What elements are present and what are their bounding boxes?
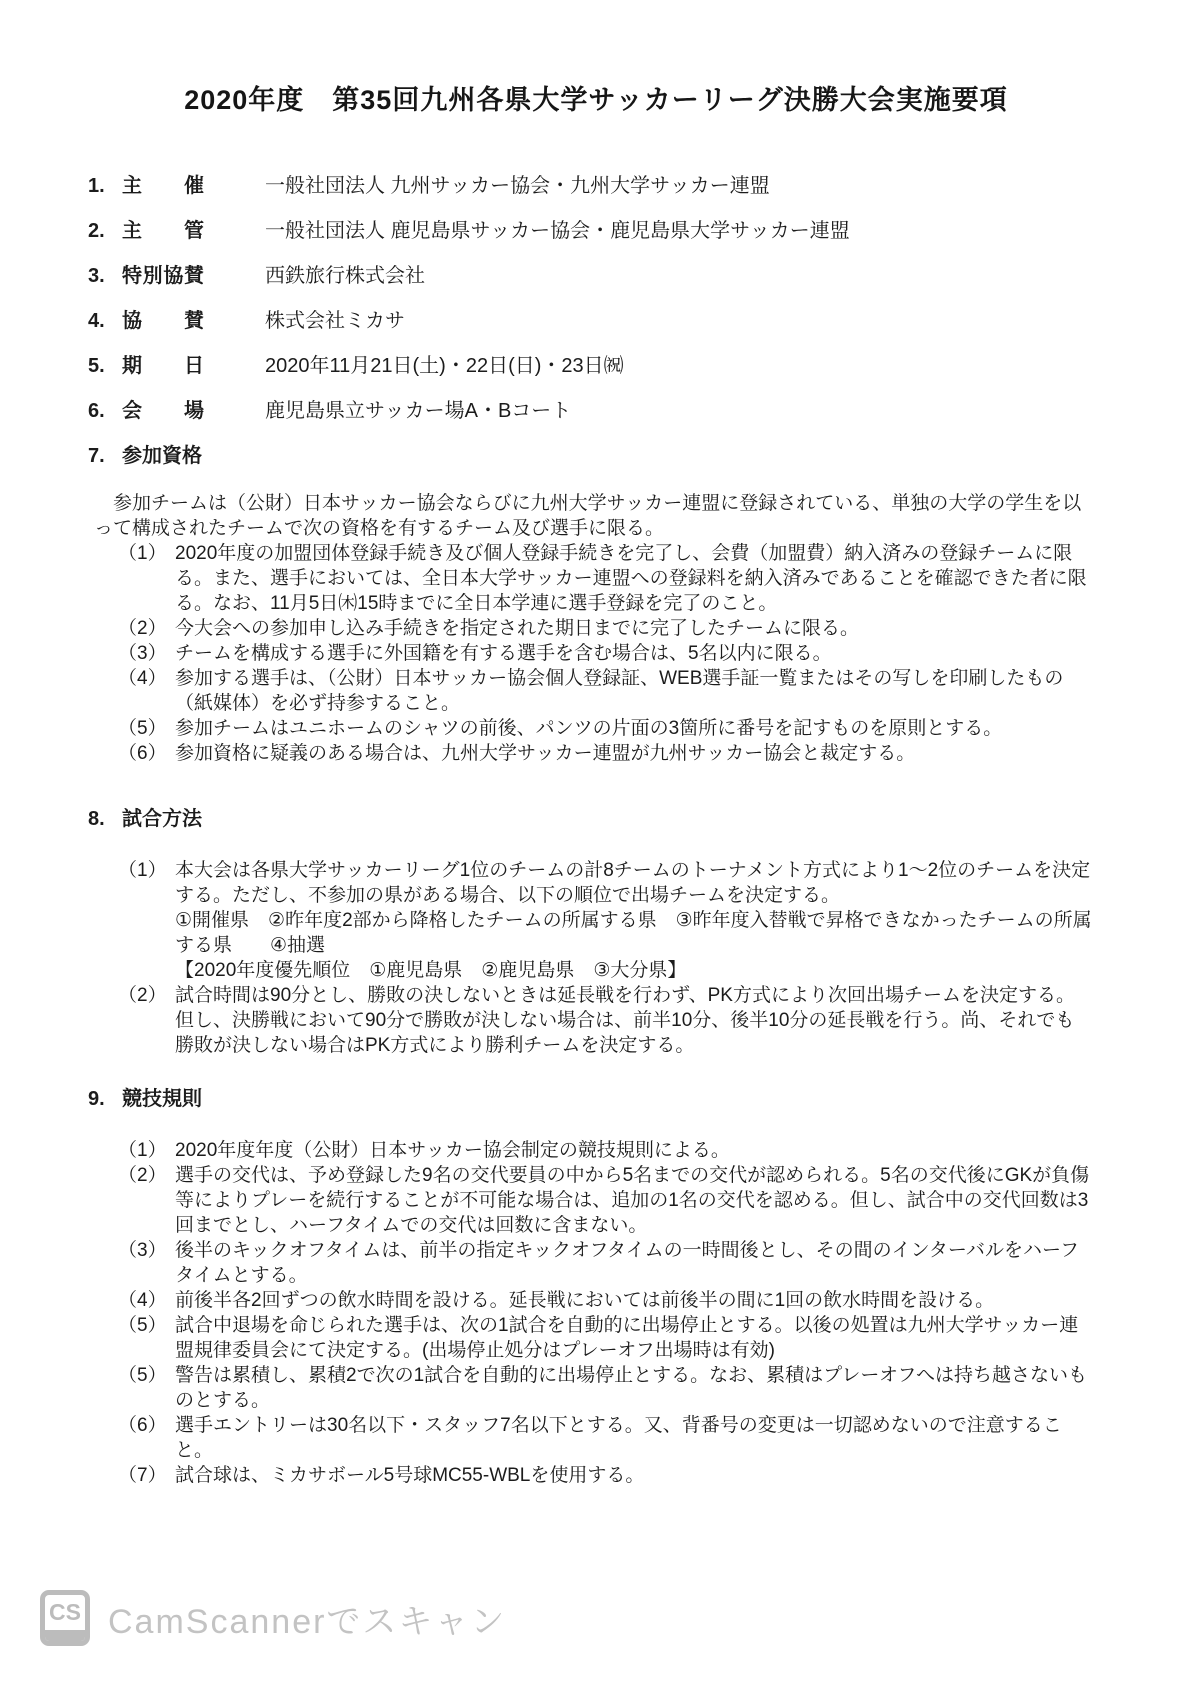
eligibility-items: （1） 2020年度の加盟団体登録手続き及び個人登録手続きを完了し、会費（加盟費…: [118, 541, 1132, 766]
list-item: （7） 試合球は、ミカサボール5号球MC55-WBLを使用する。: [118, 1463, 1132, 1488]
page-title: 2020年度 第35回九州各県大学サッカーリーグ決勝大会実施要項: [0, 0, 1192, 117]
section-eligibility: 7. 参加資格 参加チームは（公財）日本サッカー協会ならびに九州大学サッカー連盟…: [88, 443, 1132, 766]
item-number: 6.: [88, 398, 122, 424]
item-marker: （3）: [118, 641, 175, 666]
camscanner-icon-bar: [45, 1630, 85, 1641]
camscanner-icon: CS: [40, 1590, 90, 1646]
list-item: （3） チームを構成する選手に外国籍を有する選手を含む場合は、5名以内に限る。: [118, 641, 1132, 666]
item-text: 後半のキックオフタイムは、前半の指定キックオフタイムの一時間後とし、その間のイン…: [175, 1238, 1093, 1288]
item-value: 一般社団法人 九州サッカー協会・九州大学サッカー連盟: [265, 173, 1192, 199]
match-format-items: （1） 本大会は各県大学サッカーリーグ1位のチームの計8チームのトーナメント方式…: [118, 858, 1132, 1058]
item-text: 警告は累積し、累積2で次の1試合を自動的に出場停止とする。なお、累積はプレーオフ…: [175, 1363, 1093, 1413]
item-text: 参加チームはユニホームのシャツの前後、パンツの片面の3箇所に番号を記すものを原則…: [175, 716, 1093, 741]
info-row-administrator: 2. 主管 一般社団法人 鹿児島県サッカー協会・鹿児島県大学サッカー連盟: [88, 218, 1192, 244]
item-marker: （6）: [118, 1413, 175, 1463]
list-item: （1） 2020年度の加盟団体登録手続き及び個人登録手続きを完了し、会費（加盟費…: [118, 541, 1132, 616]
list-item: （6） 選手エントリーは30名以下・スタッフ7名以下とする。又、背番号の変更は一…: [118, 1413, 1132, 1463]
item-value: 2020年11月21日(土)・22日(日)・23日㈷: [265, 353, 1192, 379]
item-marker: （7）: [118, 1463, 175, 1488]
info-row-special-sponsor: 3. 特別協賛 西鉄旅行株式会社: [88, 263, 1192, 289]
info-row-venue: 6. 会場 鹿児島県立サッカー場A・Bコート: [88, 398, 1192, 424]
item-label: 協賛: [122, 308, 204, 334]
item-marker: （2）: [118, 983, 175, 1058]
section-heading: 7. 参加資格: [88, 443, 1132, 469]
item-text: 2020年度の加盟団体登録手続き及び個人登録手続きを完了し、会費（加盟費）納入済…: [175, 541, 1093, 616]
item-label: 主管: [122, 218, 204, 244]
list-item: （2） 今大会への参加申し込み手続きを指定された期日までに完了したチームに限る。: [118, 616, 1132, 641]
info-row-dates: 5. 期日 2020年11月21日(土)・22日(日)・23日㈷: [88, 353, 1192, 379]
item-marker: （4）: [118, 666, 175, 716]
item-marker: （1）: [118, 858, 175, 983]
list-item: （6） 参加資格に疑義のある場合は、九州大学サッカー連盟が九州サッカー協会と裁定…: [118, 741, 1132, 766]
item-text: 2020年度年度（公財）日本サッカー協会制定の競技規則による。: [175, 1138, 1093, 1163]
item-marker: （5）: [118, 1363, 175, 1413]
item-text: 本大会は各県大学サッカーリーグ1位のチームの計8チームのトーナメント方式により1…: [175, 858, 1093, 983]
info-row-sponsor: 4. 協賛 株式会社ミカサ: [88, 308, 1192, 334]
item-text: 試合球は、ミカサボール5号球MC55-WBLを使用する。: [175, 1463, 1093, 1488]
item-marker: （1）: [118, 541, 175, 616]
item-number: 2.: [88, 218, 122, 244]
item-marker: （2）: [118, 1163, 175, 1238]
item-marker: （5）: [118, 1313, 175, 1363]
item-label: 会場: [122, 398, 204, 424]
section-number: 9.: [88, 1086, 122, 1112]
item-number: 4.: [88, 308, 122, 334]
item-text: 選手エントリーは30名以下・スタッフ7名以下とする。又、背番号の変更は一切認めな…: [175, 1413, 1093, 1463]
camscanner-watermark: CS CamScannerでスキャン: [40, 1590, 506, 1646]
section-number: 8.: [88, 806, 122, 832]
info-list: 1. 主催 一般社団法人 九州サッカー協会・九州大学サッカー連盟 2. 主管 一…: [88, 173, 1192, 424]
list-item: （4） 参加する選手は、（公財）日本サッカー協会個人登録証、WEB選手証一覧また…: [118, 666, 1132, 716]
list-item: （5） 参加チームはユニホームのシャツの前後、パンツの片面の3箇所に番号を記すも…: [118, 716, 1132, 741]
section-heading: 8. 試合方法: [88, 806, 1132, 832]
section-title: 試合方法: [122, 806, 202, 832]
item-text: 前後半各2回ずつの飲水時間を設ける。延長戦においては前後半の間に1回の飲水時間を…: [175, 1288, 1093, 1313]
item-text: 試合時間は90分とし、勝敗の決しないときは延長戦を行わず、PK方式により次回出場…: [175, 983, 1093, 1058]
info-row-organizer: 1. 主催 一般社団法人 九州サッカー協会・九州大学サッカー連盟: [88, 173, 1192, 199]
item-value: 株式会社ミカサ: [265, 308, 1192, 334]
item-label: 主催: [122, 173, 204, 199]
list-item: （2） 試合時間は90分とし、勝敗の決しないときは延長戦を行わず、PK方式により…: [118, 983, 1132, 1058]
list-item: （5） 試合中退場を命じられた選手は、次の1試合を自動的に出場停止とする。以後の…: [118, 1313, 1132, 1363]
item-label: 期日: [122, 353, 204, 379]
camscanner-text: CamScannerでスキャン: [108, 1594, 506, 1643]
item-number: 1.: [88, 173, 122, 199]
section-number: 7.: [88, 443, 122, 469]
list-item: （2） 選手の交代は、予め登録した9名の交代要員の中から5名までの交代が認められ…: [118, 1163, 1132, 1238]
item-text: チームを構成する選手に外国籍を有する選手を含む場合は、5名以内に限る。: [175, 641, 1093, 666]
item-marker: （6）: [118, 741, 175, 766]
item-value: 一般社団法人 鹿児島県サッカー協会・鹿児島県大学サッカー連盟: [265, 218, 1192, 244]
item-text: 試合中退場を命じられた選手は、次の1試合を自動的に出場停止とする。以後の処置は九…: [175, 1313, 1093, 1363]
item-text: 参加資格に疑義のある場合は、九州大学サッカー連盟が九州サッカー協会と裁定する。: [175, 741, 1093, 766]
list-item: （1） 2020年度年度（公財）日本サッカー協会制定の競技規則による。: [118, 1138, 1132, 1163]
item-text: 選手の交代は、予め登録した9名の交代要員の中から5名までの交代が認められる。5名…: [175, 1163, 1093, 1238]
item-value: 西鉄旅行株式会社: [265, 263, 1192, 289]
item-number: 5.: [88, 353, 122, 379]
item-text: 今大会への参加申し込み手続きを指定された期日までに完了したチームに限る。: [175, 616, 1093, 641]
section-title: 競技規則: [122, 1086, 202, 1112]
section-heading: 9. 競技規則: [88, 1086, 1132, 1112]
camscanner-icon-label: CS: [45, 1595, 85, 1630]
item-marker: （1）: [118, 1138, 175, 1163]
item-marker: （2）: [118, 616, 175, 641]
list-item: （1） 本大会は各県大学サッカーリーグ1位のチームの計8チームのトーナメント方式…: [118, 858, 1132, 983]
item-value: 鹿児島県立サッカー場A・Bコート: [265, 398, 1192, 424]
list-item: （4） 前後半各2回ずつの飲水時間を設ける。延長戦においては前後半の間に1回の飲…: [118, 1288, 1132, 1313]
item-label: 特別協賛: [122, 263, 204, 289]
section-title: 参加資格: [122, 443, 202, 469]
list-item: （5） 警告は累積し、累積2で次の1試合を自動的に出場停止とする。なお、累積はプ…: [118, 1363, 1132, 1413]
item-marker: （4）: [118, 1288, 175, 1313]
section-rules: 9. 競技規則 （1） 2020年度年度（公財）日本サッカー協会制定の競技規則に…: [88, 1086, 1132, 1488]
section-intro: 参加チームは（公財）日本サッカー協会ならびに九州大学サッカー連盟に登録されている…: [94, 491, 1090, 541]
document-page: 2020年度 第35回九州各県大学サッカーリーグ決勝大会実施要項 1. 主催 一…: [0, 0, 1192, 1684]
item-text: 参加する選手は、（公財）日本サッカー協会個人登録証、WEB選手証一覧またはその写…: [175, 666, 1093, 716]
section-match-format: 8. 試合方法 （1） 本大会は各県大学サッカーリーグ1位のチームの計8チームの…: [88, 806, 1132, 1058]
rules-items: （1） 2020年度年度（公財）日本サッカー協会制定の競技規則による。 （2） …: [118, 1138, 1132, 1488]
item-number: 3.: [88, 263, 122, 289]
item-marker: （5）: [118, 716, 175, 741]
item-marker: （3）: [118, 1238, 175, 1288]
list-item: （3） 後半のキックオフタイムは、前半の指定キックオフタイムの一時間後とし、その…: [118, 1238, 1132, 1288]
